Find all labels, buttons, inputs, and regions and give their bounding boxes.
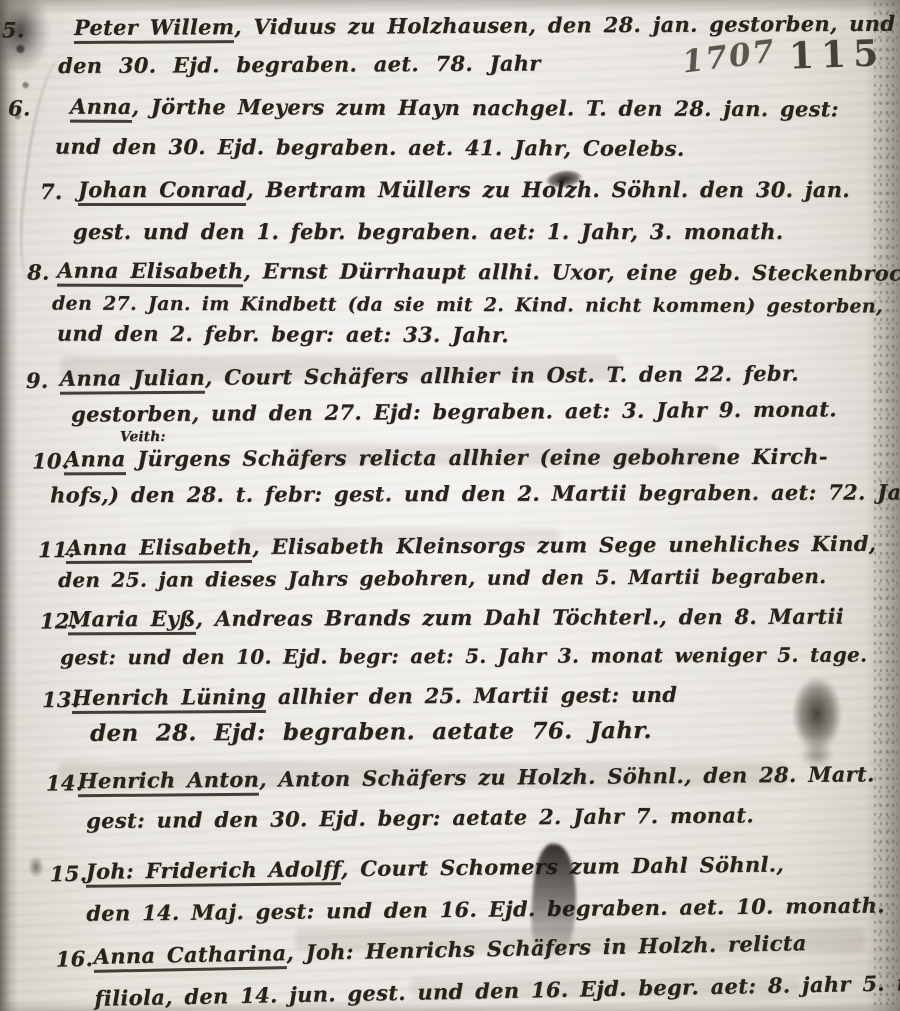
entry-number: 7. bbox=[40, 178, 63, 206]
entry-line: Anna, Jörthe Meyers zum Hayn nachgel. T.… bbox=[70, 93, 900, 124]
entry-number: 8. bbox=[27, 259, 50, 287]
register-entry: 16. Anna Catharina, Joh: Henrichs Schäfe… bbox=[0, 927, 900, 1011]
entry-name: Henrich Anton bbox=[78, 767, 260, 798]
entry-line: Anna Jürgens Schäfers relicta allhier (e… bbox=[64, 442, 900, 473]
entry-line: den 27. Jan. im Kindbett (da sie mit 2. … bbox=[52, 290, 900, 321]
entry-name: Anna Catharina bbox=[93, 940, 286, 973]
entry-text: , Andreas Brands zum Dahl Töchterl., den… bbox=[196, 604, 844, 631]
entry-line: Henrich Anton, Anton Schäfers zu Holzh. … bbox=[78, 760, 900, 795]
register-entry: 14. Henrich Anton, Anton Schäfers zu Hol… bbox=[0, 760, 900, 836]
entry-line: Anna Elisabeth, Ernst Dürrhaupt allhi. U… bbox=[57, 257, 900, 288]
entry-name: Johan Conrad bbox=[78, 177, 246, 206]
entry-line: den 28. Ejd: begraben. aetate 76. Jahr. bbox=[90, 716, 900, 748]
entry-number: 16. bbox=[55, 945, 93, 974]
entry-name: Maria Eyß bbox=[68, 606, 196, 635]
ink-blot bbox=[10, 40, 36, 130]
entry-name: Peter Willem bbox=[74, 14, 235, 44]
entry-line: Joh: Friderich Adolff, Court Schomers zu… bbox=[86, 849, 900, 886]
entry-number: 12. bbox=[40, 607, 78, 635]
register-entry: 9. Anna Julian, Court Schäfers allhier i… bbox=[0, 359, 900, 429]
entry-line: Anna Elisabeth, Elisabeth Kleinsorgs zum… bbox=[66, 530, 900, 562]
entry-line: und den 2. febr. begr: aet: 33. Jahr. bbox=[57, 320, 900, 351]
entry-name: Anna Elisabeth bbox=[57, 258, 243, 288]
entry-name: Henrich Lüning bbox=[72, 684, 266, 714]
entry-text: , Court Schäfers allhier in Ost. T. den … bbox=[205, 361, 799, 390]
register-entry: 7. Johan Conrad, Bertram Müllers zu Holz… bbox=[0, 176, 900, 246]
entry-number: 14. bbox=[46, 769, 84, 797]
entry-line: den 25. jan dieses Jahrs gebohren, und d… bbox=[58, 562, 900, 594]
entry-name: Anna Elisabeth bbox=[66, 534, 253, 564]
register-entry: 11. Anna Elisabeth, Elisabeth Kleinsorgs… bbox=[0, 530, 900, 595]
entry-line: hofs,) den 28. t. febr: gest. und den 2.… bbox=[50, 478, 900, 509]
entry-line: Peter Willem, Viduus zu Holzhausen, den … bbox=[74, 10, 900, 42]
ink-blot bbox=[28, 856, 44, 878]
entry-line: gestorben, und den 27. Ejd: begraben. ae… bbox=[71, 395, 900, 429]
register-entry: 12. Maria Eyß, Andreas Brands zum Dahl T… bbox=[0, 602, 900, 671]
entry-number: 15. bbox=[50, 860, 88, 888]
entry-line: Anna Julian, Court Schäfers allhier in O… bbox=[60, 359, 900, 393]
entry-line: Henrich Lüning allhier den 25. Martii ge… bbox=[72, 680, 900, 712]
entry-text: , Anton Schäfers zu Holzh. Söhnl., den 2… bbox=[259, 761, 875, 791]
interlinear-insertion: Veith: bbox=[120, 430, 166, 444]
register-entry: 15. Joh: Friderich Adolff, Court Schomer… bbox=[0, 849, 900, 928]
entry-text: , Viduus zu Holzhausen, den 28. jan. ges… bbox=[234, 11, 895, 39]
entry-number: 13. bbox=[42, 686, 80, 714]
entry-name: Anna Julian bbox=[60, 365, 205, 395]
register-entry: 6. Anna, Jörthe Meyers zum Hayn nachgel.… bbox=[0, 92, 900, 163]
entry-line: und den 30. Ejd. begraben. aet. 41. Jahr… bbox=[55, 133, 900, 164]
entry-text: , Jörthe Meyers zum Hayn nachgel. T. den… bbox=[132, 94, 839, 121]
entry-line: gest: und den 10. Ejd. begr: aet: 5. Jah… bbox=[60, 640, 900, 671]
entry-number: 10. bbox=[32, 447, 70, 475]
entry-number: 11. bbox=[38, 536, 76, 564]
entry-line: Maria Eyß, Andreas Brands zum Dahl Töcht… bbox=[68, 602, 900, 633]
register-entry: 8. Anna Elisabeth, Ernst Dürrhaupt allhi… bbox=[0, 256, 900, 350]
entry-line: den 14. Maj. gest: und den 16. Ejd. begr… bbox=[86, 891, 900, 928]
register-entry: 5. Peter Willem, Viduus zu Holzhausen, d… bbox=[0, 10, 900, 81]
ink-blot bbox=[800, 742, 834, 768]
entry-number: 9. bbox=[26, 367, 49, 395]
register-entry: Veith: 10. Anna Jürgens Schäfers relicta… bbox=[0, 442, 900, 509]
entry-line: gest. und den 1. febr. begraben. aet: 1.… bbox=[73, 218, 900, 246]
entry-name: Joh: Friderich Adolff bbox=[86, 856, 341, 888]
register-entry: 13. Henrich Lüning allhier den 25. Marti… bbox=[0, 680, 900, 749]
entry-line: gest: und den 30. Ejd. begr: aetate 2. J… bbox=[86, 800, 900, 835]
entry-name: Anna bbox=[64, 446, 126, 475]
entry-line: Johan Conrad, Bertram Müllers zu Holzh. … bbox=[78, 176, 900, 204]
entry-name: Anna bbox=[70, 94, 132, 123]
entry-text: , Ernst Dürrhaupt allhi. Uxor, eine geb.… bbox=[243, 258, 900, 285]
register-page: 1707 115 5. Peter Willem, Viduus zu Holz… bbox=[0, 0, 900, 1011]
entry-text: , Elisabeth Kleinsorgs zum Sege unehlich… bbox=[252, 531, 876, 559]
entry-line: den 30. Ejd. begraben. aet. 78. Jahr bbox=[58, 48, 900, 80]
entry-text: allhier den 25. Martii gest: und bbox=[266, 682, 677, 709]
entry-text: Jürgens Schäfers relicta allhier (eine g… bbox=[126, 444, 828, 471]
